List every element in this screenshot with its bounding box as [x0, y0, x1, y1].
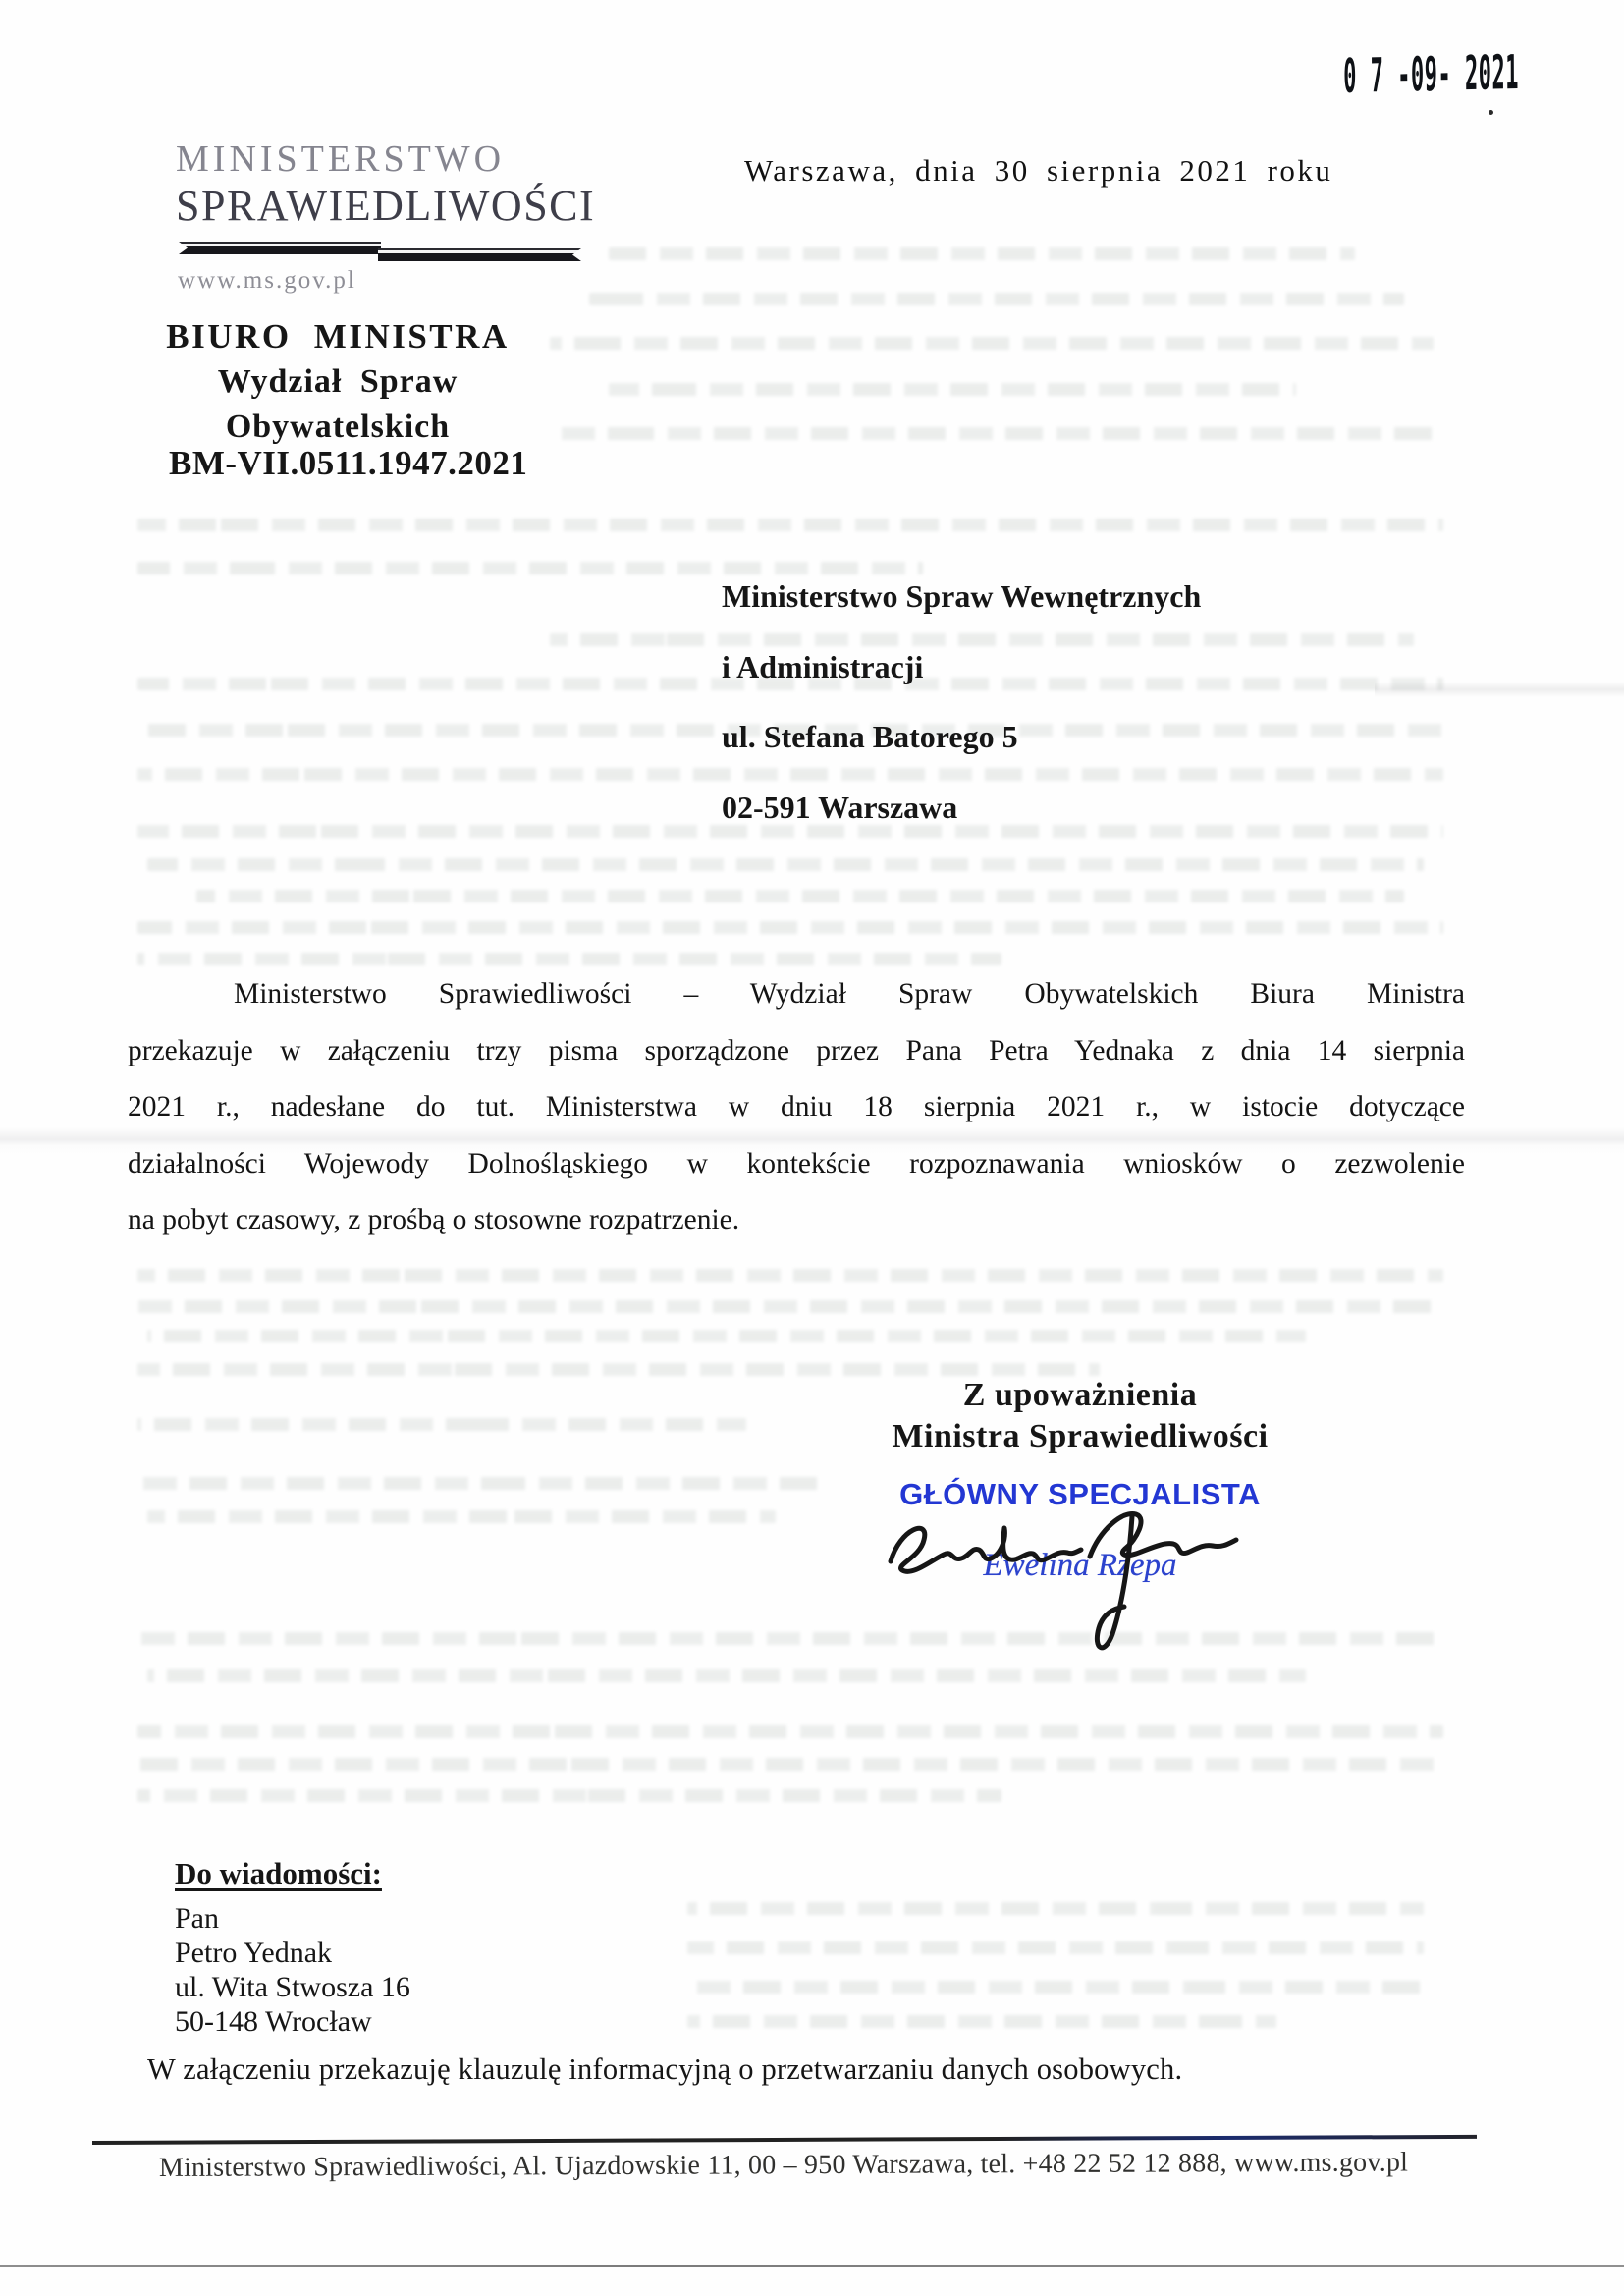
bleed-through-artifact — [550, 337, 1434, 350]
handwritten-signature — [879, 1501, 1272, 1667]
logo-ribbon-icon — [179, 242, 581, 263]
signature-block: Z upoważnienia Ministra Sprawiedliwości … — [807, 1375, 1353, 1512]
bleed-through-artifact — [550, 427, 1434, 440]
recipient-line: Ministerstwo Spraw Wewnętrznych — [722, 562, 1201, 632]
bleed-through-artifact — [687, 1981, 1424, 1994]
bleed-through-artifact — [137, 1477, 825, 1490]
ministry-logo-line2: SPRAWIEDLIWOŚCI — [176, 181, 595, 231]
recipient-line: i Administracji — [722, 632, 1201, 703]
body-line: przekazuje w załączeniu trzy pisma sporz… — [128, 1023, 1465, 1080]
cc-line: ul. Wita Stwosza 16 — [175, 1970, 410, 2004]
cc-line: Pan — [175, 1901, 410, 1936]
stamp-ink-dot-artifact — [1489, 110, 1493, 115]
scan-edge-artifact — [0, 2265, 1624, 2267]
cc-line: 50-148 Wrocław — [175, 2004, 410, 2039]
bleed-through-artifact — [137, 1269, 1443, 1282]
bleed-through-artifact — [609, 383, 1296, 396]
bleed-through-artifact — [137, 1418, 746, 1431]
footer-contact-line: Ministerstwo Sprawiedliwości, Al. Ujazdo… — [159, 2147, 1408, 2184]
bleed-through-artifact — [196, 890, 1404, 902]
bleed-through-artifact — [137, 1725, 1443, 1738]
bleed-through-artifact — [687, 2015, 1276, 2028]
body-line: na pobyt czasowy, z prośbą o stosowne ro… — [128, 1192, 1465, 1249]
body-line: 2021 r., nadesłane do tut. Ministerstwa … — [128, 1079, 1465, 1136]
bleed-through-artifact — [609, 247, 1355, 260]
recipient-line: ul. Stefana Batorego 5 — [722, 702, 1201, 773]
recipient-line: 02-591 Warszawa — [722, 773, 1201, 844]
paper-fold-crease-right — [1375, 682, 1624, 697]
cc-block: Do wiadomości: Pan Petro Yednak ul. Wita… — [175, 1856, 410, 2039]
footer-rule — [92, 2135, 1477, 2145]
body-line: działalności Wojewody Dolnośląskiego w k… — [128, 1136, 1465, 1193]
sender-office: BIURO MINISTRA — [106, 314, 569, 359]
bleed-through-artifact — [137, 1300, 1443, 1313]
bleed-through-artifact — [137, 519, 1443, 531]
body-line: Ministerstwo Sprawiedliwości – Wydział S… — [128, 966, 1465, 1023]
bleed-through-artifact — [147, 1669, 1306, 1682]
cc-heading: Do wiadomości: — [175, 1856, 410, 1891]
bleed-through-artifact — [687, 1941, 1424, 1954]
ministry-logo-line1: MINISTERSTWO — [176, 137, 505, 181]
bleed-through-artifact — [137, 1758, 1443, 1771]
authorization-line: Z upoważnienia — [807, 1375, 1353, 1416]
bleed-through-artifact — [687, 1902, 1424, 1915]
attachment-note: W załączeniu przekazuję klauzulę informa… — [147, 2052, 1182, 2087]
place-and-date-line: Warszawa, dnia 30 sierpnia 2021 roku — [744, 153, 1332, 189]
cc-line: Petro Yednak — [175, 1936, 410, 1970]
bleed-through-artifact — [137, 921, 1443, 934]
bleed-through-artifact — [137, 953, 1001, 965]
date-received-stamp: 0 7 -09- 2021 — [1343, 45, 1519, 104]
recipient-address-block: Ministerstwo Spraw Wewnętrznych i Admini… — [722, 562, 1201, 843]
letter-body-paragraph: Ministerstwo Sprawiedliwości – Wydział S… — [128, 966, 1465, 1249]
authorization-line: Ministra Sprawiedliwości — [807, 1416, 1353, 1457]
reference-number: BM-VII.0511.1947.2021 — [169, 444, 527, 483]
bleed-through-artifact — [137, 1789, 1001, 1802]
scanned-letter-page: 0 7 -09- 2021 MINISTERSTWO SPRAWIEDLIWOŚ… — [0, 0, 1624, 2296]
bleed-through-artifact — [147, 1510, 776, 1523]
logo-ribbon-left-segment — [179, 242, 381, 254]
sender-office-block: BIURO MINISTRA Wydział Spraw Obywatelski… — [106, 314, 569, 450]
bleed-through-artifact — [147, 1330, 1306, 1342]
logo-ribbon-right-segment — [378, 248, 581, 261]
bleed-through-artifact — [589, 293, 1404, 305]
bleed-through-artifact — [147, 858, 1424, 871]
sender-department: Wydział Spraw Obywatelskich — [106, 359, 569, 450]
letterhead-website: www.ms.gov.pl — [178, 267, 356, 295]
